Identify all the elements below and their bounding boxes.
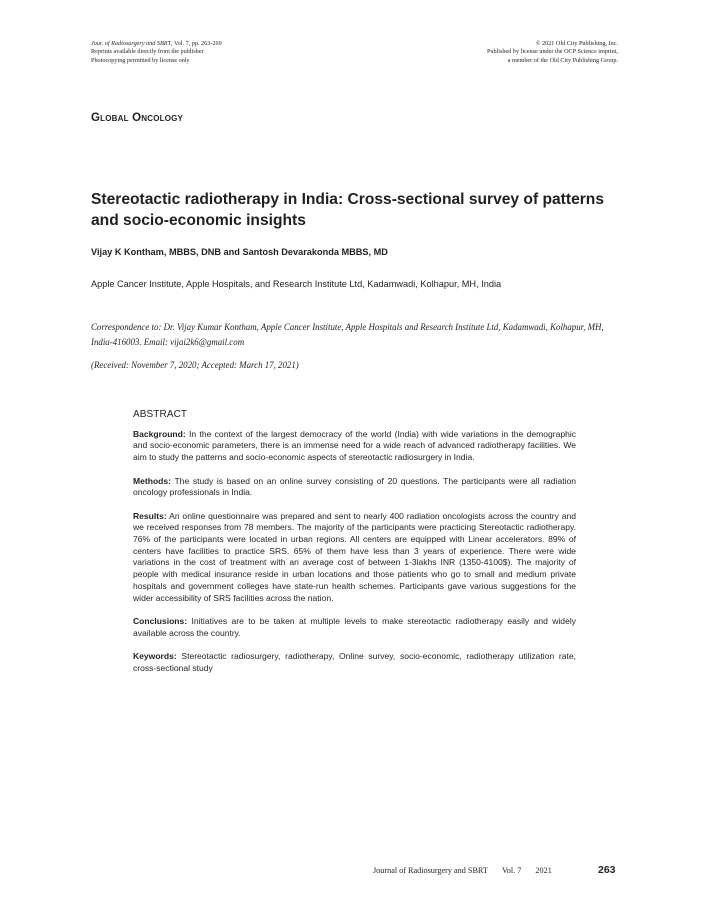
background-label: Background: [133,429,186,439]
background-text: In the context of the largest democracy … [133,429,576,462]
footer-year: 2021 [535,866,551,875]
abstract-heading: ABSTRACT [133,409,576,421]
methods-label: Methods: [133,476,171,486]
abstract-background: Background: In the context of the larges… [133,429,576,464]
license-line: Published by license under the OCP Scien… [487,48,618,56]
keywords-text: Stereotactic radiosurgery, radiotherapy,… [133,651,576,673]
photocopying-note: Photocopying permitted by license only [91,57,222,65]
footer-journal: Journal of Radiosurgery and SBRT [373,866,488,875]
authors: Vijay K Kontham, MBBS, DNB and Santosh D… [91,247,388,257]
conclusions-text: Initiatives are to be taken at multiple … [133,616,576,638]
correspondence: Correspondence to: Dr. Vijay Kumar Konth… [91,320,611,349]
abstract-keywords: Keywords: Stereotactic radiosurgery, rad… [133,651,576,674]
conclusions-label: Conclusions: [133,616,187,626]
footer-volume: Vol. 7 [502,866,521,875]
methods-text: The study is based on an online survey c… [133,476,576,498]
results-label: Results: [133,511,167,521]
article-title: Stereotactic radiotherapy in India: Cros… [91,189,631,231]
page-footer: Journal of Radiosurgery and SBRT Vol. 7 … [373,866,552,875]
journal-reference: Jour. of Radiosurgery and SBRT, Vol. 7, … [91,40,222,48]
results-text: An online questionnaire was prepared and… [133,511,576,603]
paper-page: Jour. of Radiosurgery and SBRT, Vol. 7, … [0,0,701,907]
abstract-results: Results: An online questionnaire was pre… [133,511,576,605]
keywords-label: Keywords: [133,651,177,661]
received-accepted-dates: (Received: November 7, 2020; Accepted: M… [91,360,299,370]
reprints-note: Reprints available directly from the pub… [91,48,222,56]
publisher-member-line: a member of the Old City Publishing Grou… [487,57,618,65]
abstract-conclusions: Conclusions: Initiatives are to be taken… [133,616,576,639]
copyright-line: © 2021 Old City Publishing, Inc. [487,40,618,48]
publisher-header: © 2021 Old City Publishing, Inc. Publish… [487,40,618,65]
abstract-methods: Methods: The study is based on an online… [133,476,576,499]
page-number: 263 [598,864,616,876]
section-label: Global Oncology [91,112,183,124]
journal-citation-header: Jour. of Radiosurgery and SBRT, Vol. 7, … [91,40,222,65]
abstract: ABSTRACT Background: In the context of t… [133,409,576,686]
affiliation: Apple Cancer Institute, Apple Hospitals,… [91,279,501,289]
